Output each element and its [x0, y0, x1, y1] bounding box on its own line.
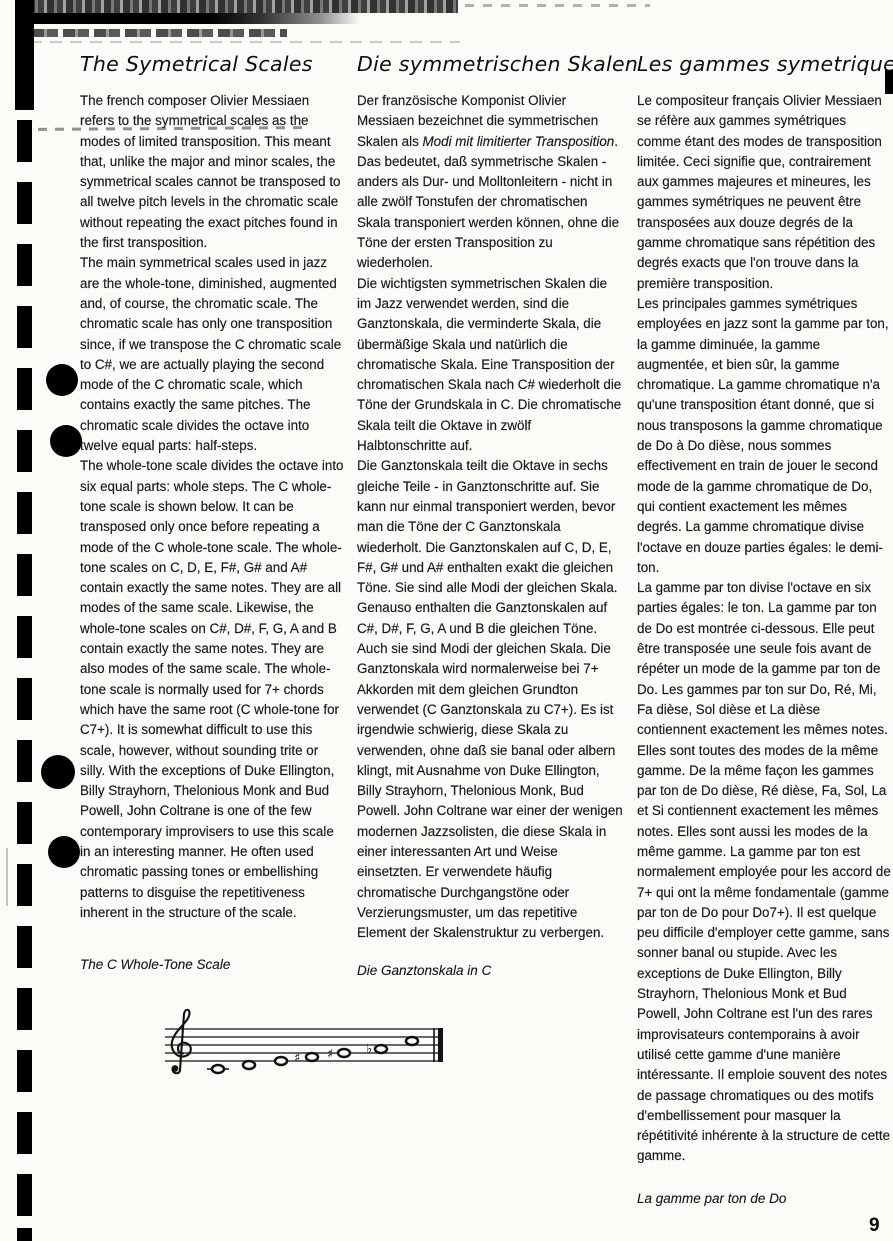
binding-mark: [17, 678, 32, 720]
caption-french: La gamme par ton de Do: [637, 1191, 891, 1206]
binding-mark: [17, 740, 32, 782]
binding-mark: [17, 864, 32, 906]
french-paragraph-2: Les principales gammes symétriques emplo…: [637, 294, 891, 578]
note-C4: [212, 1065, 224, 1073]
binding-mark: [17, 182, 32, 224]
french-paragraph-1: Le compositeur français Olivier Messiaen…: [637, 91, 891, 294]
french-paragraph-3: La gamme par ton divise l'octave en six …: [637, 578, 891, 1167]
binding-mark: [17, 926, 32, 968]
scan-band-dark: [30, 13, 360, 24]
treble-clef-icon: [172, 1010, 191, 1074]
column-title-french: Les gammes symetriques: [637, 52, 891, 76]
ink-dot: [46, 364, 78, 396]
left-edge-line: [6, 848, 8, 906]
german-p1-italic-term: Modi mit limitierter Transposition: [423, 134, 615, 149]
binding-mark: [17, 1228, 32, 1241]
ink-dot: [48, 836, 80, 868]
binding-mark: [17, 244, 32, 286]
note-C5: [406, 1037, 418, 1045]
english-paragraph-2: The main symmetrical scales used in jazz…: [80, 253, 346, 456]
caption-english: The C Whole-Tone Scale: [80, 957, 230, 972]
flat-icon: ♭: [366, 1042, 372, 1057]
binding-mark: [17, 120, 32, 162]
binding-mark: [17, 492, 32, 534]
note-E4: [275, 1057, 287, 1065]
binding-mark: [17, 1112, 32, 1154]
whole-notes: [212, 1037, 418, 1073]
column-french: Les gammes symetriques Le compositeur fr…: [637, 52, 891, 1206]
binding-mark: [17, 1174, 32, 1216]
note-D4: [243, 1061, 255, 1069]
english-paragraph-3: The whole-tone scale divides the octave …: [80, 456, 346, 923]
page-number: 9: [869, 1215, 880, 1237]
staff-svg: ♯ ♯ ♭: [163, 1000, 448, 1082]
note-Gsharp4: [338, 1049, 350, 1057]
scan-band-broken: [32, 29, 287, 37]
sharp-icon: ♯: [294, 1051, 300, 1066]
note-Fsharp4: [306, 1053, 318, 1061]
german-paragraph-1: Der französische Komponist Olivier Messi…: [357, 91, 623, 274]
ink-dot: [41, 755, 75, 789]
binding-mark: [17, 1050, 32, 1092]
german-paragraph-3: Die Ganztonskala teilt die Oktave in sec…: [357, 456, 623, 943]
column-german: Die symmetrischen Skalen Der französisch…: [357, 52, 623, 943]
sharp-icon: ♯: [327, 1047, 333, 1062]
column-title-german: Die symmetrischen Skalen: [357, 52, 623, 76]
binding-mark: [17, 988, 32, 1030]
binding-mark: [17, 430, 32, 472]
column-english: The Symetrical Scales The french compose…: [80, 52, 346, 923]
scan-dotted-line-top: [30, 41, 460, 43]
binding-mark: [17, 802, 32, 844]
binding-mark: [17, 616, 32, 658]
english-paragraph-1: The french composer Olivier Messiaen ref…: [80, 91, 346, 253]
scan-band-top: [28, 0, 458, 13]
column-title-english: The Symetrical Scales: [80, 52, 346, 76]
note-Bflat4: [375, 1045, 387, 1053]
caption-german: Die Ganztonskala in C: [357, 963, 491, 978]
scan-band-dashes-right: [465, 4, 650, 7]
ink-dot: [50, 425, 82, 457]
german-paragraph-2: Die wichtigsten symmetrischen Skalen die…: [357, 274, 623, 457]
staff-lines: [165, 1029, 443, 1061]
musical-staff: ♯ ♯ ♭: [163, 1000, 448, 1082]
german-p1-text-after: . Das bedeutet, daß symmetrische Skalen …: [357, 134, 619, 271]
binding-mark: [17, 554, 32, 596]
binding-mark: [17, 368, 32, 410]
corner-ink-block: [15, 0, 34, 110]
binding-mark: [17, 306, 32, 348]
